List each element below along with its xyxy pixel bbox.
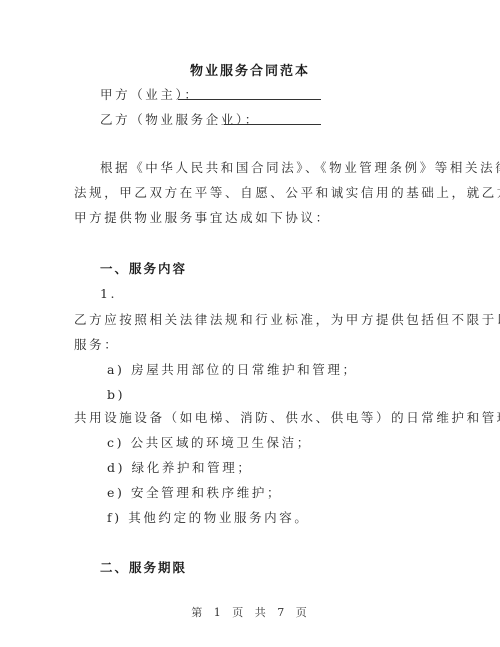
document-title: 物业服务合同范本	[0, 60, 500, 79]
list-item-c: c) 公共区域的环境卫生保洁；	[107, 435, 312, 451]
preamble-line-2: 法规，甲乙双方在平等、自愿、公平和诚实信用的基础上，就乙方为	[74, 185, 500, 201]
list-item-f: f) 其他约定的物业服务内容。	[107, 510, 309, 526]
clause-intro-line-2: 服务：	[74, 337, 119, 353]
list-item-d: d) 绿化养护和管理；	[107, 460, 252, 476]
list-item-a: a) 房屋共用部位的日常维护和管理；	[107, 362, 358, 378]
clause-intro-line-1: 乙方应按照相关法律法规和行业标准，为甲方提供包括但不限于以下	[74, 312, 500, 328]
clause-number: 1.	[100, 286, 117, 302]
party-a-blank-line[interactable]	[178, 99, 321, 100]
list-item-b-continuation: 共用设施设备（如电梯、消防、供水、供电等）的日常维护和管理；	[74, 410, 500, 426]
party-b-blank-line[interactable]	[224, 124, 321, 125]
list-item-b: b)	[107, 387, 125, 403]
section-heading-service-term: 二、服务期限	[100, 560, 187, 576]
list-item-e: e) 安全管理和秩序维护；	[107, 485, 282, 501]
party-a-label: 甲方（业主）：	[100, 87, 199, 103]
document-page: 物业服务合同范本 甲方（业主）： 乙方（物业服务企业）： 根据《中华人民共和国合…	[0, 0, 500, 647]
preamble-line-3: 甲方提供物业服务事宜达成如下协议：	[74, 210, 331, 226]
party-b-label: 乙方（物业服务企业）：	[100, 112, 260, 128]
section-heading-service-content: 一、服务内容	[100, 261, 187, 277]
preamble-line-1: 根据《中华人民共和国合同法》、《物业管理条例》等相关法律	[100, 160, 500, 176]
page-indicator: 第 1 页 共 7 页	[0, 604, 500, 620]
